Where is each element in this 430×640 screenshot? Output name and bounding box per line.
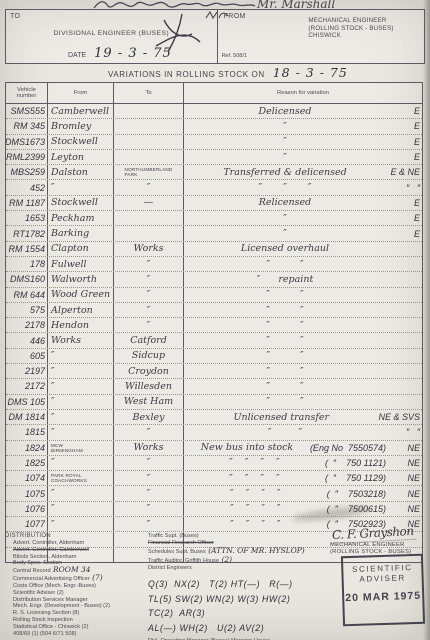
from-cell: ″: [48, 456, 114, 470]
reason-cell: New bus into stock(Eng No 7550574)NE: [184, 441, 422, 455]
to-value: ″: [147, 289, 151, 300]
to-value: Bexley: [133, 412, 165, 423]
to-cell: ″: [114, 318, 184, 332]
table-row: RM 644Wood Green″″ ″: [6, 288, 422, 303]
recipient-text: Financial Research Officer: [148, 540, 214, 546]
from-value: Peckham: [51, 213, 94, 224]
to-label: TO: [10, 13, 20, 20]
to-cell: Willesden: [114, 379, 184, 393]
from-value: Camberwell: [51, 106, 109, 117]
to-cell: ″: [114, 303, 184, 317]
to-value: ″: [147, 305, 151, 316]
table-row: 452″″″ ″ ″″ ″: [6, 180, 422, 195]
vehicle-number: RM 1187: [9, 198, 45, 208]
variation-mark: NE & SVS: [378, 412, 422, 422]
distribution-item: Costs Office (Mech. Engr.-Buses): [5, 583, 145, 590]
distribution-item: Statistical Office - Chiswick (2): [5, 624, 145, 631]
recipient-item: Traffic Supt. (Buses): [148, 533, 340, 540]
vehicle-cell: 2172: [6, 379, 48, 393]
reason-cell: ″ ″ ″ ″( ″ 750 1121)NE: [184, 456, 422, 470]
reason-cell: ″ ″ ″ ″( ″ 7503218)NE: [184, 486, 422, 500]
distribution-item: Advert. Controller, Aldenham: [5, 540, 145, 547]
reason-text: ″ ″ ″ ″: [184, 457, 325, 468]
distribution-item: R. S. Licensing Section (8): [5, 610, 145, 617]
from-value: ″: [51, 427, 55, 438]
variation-mark: ″ ″: [386, 427, 422, 437]
to-value: Croydon: [128, 366, 169, 377]
reason-text: ″ ″ ″ ″: [184, 519, 327, 530]
table-row: 2197″Croydon″ ″: [6, 364, 422, 379]
vehicle-number: DMS160: [10, 274, 45, 284]
vehicle-number: 1824: [25, 443, 45, 453]
recipient-item: Traffic Auditor, Griffith House (2): [148, 556, 340, 565]
to-value: ″: [147, 519, 151, 530]
table-row: RML2399Leyton″E: [6, 150, 422, 165]
engine-number: ( ″ 750 1121): [325, 458, 386, 468]
to-value: ″: [147, 427, 151, 438]
reason-text: New bus into stock: [184, 442, 310, 453]
distribution-list: Advert. Controller, AldenhamAdvert. Cont…: [5, 540, 145, 638]
from-value: Leyton: [51, 152, 84, 163]
vehicle-number: 1075: [25, 489, 45, 499]
recipient-text: Schedules Supt. Buses: [148, 549, 206, 555]
vehicle-cell: 575: [6, 303, 48, 317]
vehicle-number: 178: [30, 259, 45, 269]
engine-number: ( ″ 7500615): [327, 504, 386, 514]
table-body: SMS555CamberwellDelicensedERM 345Bromley…: [6, 104, 422, 562]
reason-text: Delicensed: [184, 106, 386, 117]
reason-cell: ″ ″: [184, 303, 422, 317]
form-title: VARIATIONS IN ROLLING STOCK ON18 - 3 - 7…: [108, 65, 348, 80]
allocation-line: TC(2) AR(3): [148, 606, 340, 621]
reason-text: ″ ″ ″ ″: [184, 473, 325, 484]
from-value: ″: [51, 488, 55, 499]
reason-cell: ″ ″: [184, 257, 422, 271]
from-cell: Leyton: [48, 150, 114, 164]
vehicle-number: 1825: [25, 458, 45, 468]
scanned-form-page: Mr. Marshall TO DIVISIONAL ENGINEER (BUS…: [0, 0, 430, 640]
handwritten-annotation: (7): [90, 573, 103, 582]
recipient-text: District Engineers: [148, 565, 192, 571]
reason-cell: DelicensedE: [184, 104, 422, 118]
table-row: 446WorksCatford″ ″: [6, 333, 422, 348]
from-value: Stockwell: [51, 197, 98, 208]
reason-text: ″ ″: [184, 335, 386, 346]
vehicle-number: 2172: [25, 381, 45, 391]
date-label: DATE: [68, 52, 86, 59]
reason-text: ″ ″ ″: [184, 182, 386, 193]
stamp-date: 20 MAR 1975: [344, 590, 422, 604]
from-value: ″: [51, 381, 55, 392]
to-cell: [114, 119, 184, 133]
from-value: ″: [51, 412, 55, 423]
to-value: DIVISIONAL ENGINEER (BUSES): [6, 30, 217, 37]
handwritten-annotation: ROOM 34: [51, 565, 91, 574]
reason-text: ″ ″: [184, 289, 386, 300]
variation-mark: NE: [386, 504, 422, 514]
distribution-item-text: 408/69 (1) (504 6/71 508): [13, 631, 76, 637]
to-value: ″: [147, 473, 151, 484]
to-value: ″: [147, 488, 151, 499]
from-cell: ″: [48, 502, 114, 516]
allocation-line: Q(3) NX(2) T(2) HT(—) R(—): [148, 577, 340, 592]
reason-cell: ″ repaint: [184, 272, 422, 286]
from-value: Alperton: [51, 305, 93, 316]
vehicle-cell: 178: [6, 257, 48, 271]
from-value: MCW BIRMINGHAM: [51, 443, 83, 453]
vehicle-number: RM 644: [13, 290, 45, 300]
table-row: 1815″″″ ″″ ″: [6, 425, 422, 440]
vehicle-cell: 1825: [6, 456, 48, 470]
variation-mark: NE: [386, 489, 422, 499]
vehicle-number: 1074: [25, 473, 45, 483]
handwritten-annotation: (ATTN. OF MR. HYSLOP): [206, 546, 305, 555]
reason-cell: ″ ″ ″″ ″: [184, 180, 422, 194]
table-row: 1074PARK ROYAL COACHWORKS″″ ″ ″ ″( ″ 750…: [6, 471, 422, 486]
to-cell: ″: [114, 471, 184, 485]
vehicle-cell: 446: [6, 333, 48, 347]
to-cell: ″: [114, 456, 184, 470]
distribution-item: Blinds Section, Aldenham: [5, 554, 145, 561]
vehicle-cell: 1076: [6, 502, 48, 516]
recipients-section: Traffic Supt. (Buses)Financial Research …: [148, 533, 340, 640]
vehicle-cell: DM 1814: [6, 410, 48, 424]
reason-text: ″: [184, 136, 386, 147]
variation-mark: NE: [386, 443, 422, 453]
vehicle-number: MBS259: [10, 167, 45, 177]
to-cell: [114, 150, 184, 164]
table-row: 2178Hendon″″ ″: [6, 318, 422, 333]
from-cell: ″: [48, 180, 114, 194]
to-cell: Works: [114, 242, 184, 256]
from-cell: Bromley: [48, 119, 114, 133]
distribution-item-text: Scientific Adviser (2): [13, 590, 64, 596]
reason-cell: ″ ″: [184, 379, 422, 393]
from-cell: ″: [48, 364, 114, 378]
vehicle-cell: RM 644: [6, 288, 48, 302]
vehicle-number: 452: [30, 183, 45, 193]
from-cell: ″: [48, 410, 114, 424]
reason-text: ″: [184, 228, 386, 239]
reason-cell: ″ ″: [184, 318, 422, 332]
vehicle-number: 1815: [25, 427, 45, 437]
to-cell: ″: [114, 502, 184, 516]
reason-cell: Transferred & delicensedE & NE: [184, 165, 422, 179]
header-box: TO DIVISIONAL ENGINEER (BUSES) DATE19 - …: [5, 9, 425, 64]
vehicle-cell: 452: [6, 180, 48, 194]
from-cell: ″: [48, 486, 114, 500]
vehicle-cell: 2178: [6, 318, 48, 332]
column-header-vehicle: Vehicle number: [6, 83, 48, 103]
variation-mark: E: [386, 198, 422, 208]
scientific-adviser-stamp: SCIENTIFIC ADVISER 20 MAR 1975: [341, 554, 425, 627]
to-cell: Works: [114, 441, 184, 455]
distribution-item-text: Advert. Controller, Camberwell: [13, 547, 89, 553]
distribution-item-text: Advert. Controller, Aldenham: [13, 540, 84, 546]
vehicle-cell: 605: [6, 349, 48, 363]
from-cell: Fulwell: [48, 257, 114, 271]
reason-text: Unlicensed transfer: [184, 412, 378, 423]
to-value: Willesden: [125, 381, 172, 392]
column-header-reason: Reason for variation: [184, 83, 422, 103]
vehicle-number: 575: [30, 305, 45, 315]
reason-cell: RelicensedE: [184, 196, 422, 210]
variation-mark: E: [386, 106, 422, 116]
reason-cell: ″ ″: [184, 333, 422, 347]
reason-text: ″ ″: [184, 366, 386, 377]
vehicle-cell: DMS160: [6, 272, 48, 286]
reason-text: ″: [184, 152, 386, 163]
table-row: 1653Peckham″E: [6, 211, 422, 226]
vehicle-number: RT1782: [13, 229, 45, 239]
distribution-item: Central Record ROOM 34: [5, 567, 145, 575]
variation-mark: NE: [386, 458, 422, 468]
table-row: RM 1187Stockwell—RelicensedE: [6, 196, 422, 211]
reason-cell: ″ ″: [184, 349, 422, 363]
from-cell: Dalston: [48, 165, 114, 179]
from-cell: Wood Green: [48, 288, 114, 302]
recipient-text: Traffic Auditor, Griffith House: [148, 558, 219, 564]
to-cell: [114, 226, 184, 240]
ref-number: Ref. 508/1: [222, 53, 247, 59]
reason-cell: ″E: [184, 150, 422, 164]
distribution-item-text: Central Record: [13, 568, 51, 574]
from-value: Fulwell: [51, 259, 87, 270]
table-header-row: Vehicle number From To Reason for variat…: [6, 83, 422, 104]
reason-cell: ″ ″″ ″: [184, 425, 422, 439]
distribution-item-text: Commercial Advertising Officer: [13, 576, 90, 582]
to-cell: ″: [114, 425, 184, 439]
from-cell: Stockwell: [48, 135, 114, 149]
vehicle-number: 446: [30, 336, 45, 346]
column-header-from: From: [48, 83, 114, 103]
vehicle-cell: 1824: [6, 441, 48, 455]
reason-cell: ″ ″: [184, 364, 422, 378]
to-value: West Ham: [124, 396, 173, 407]
form-title-date: 18 - 3 - 75: [273, 65, 348, 80]
vehicle-number: RM 1554: [8, 244, 45, 254]
distribution-item: Rolling Stock Inspection: [5, 617, 145, 624]
header-to-cell: TO DIVISIONAL ENGINEER (BUSES) DATE19 - …: [6, 10, 218, 63]
from-value: Dalston: [51, 167, 88, 178]
vehicle-number: RML2399: [6, 152, 45, 162]
vehicle-cell: 1074: [6, 471, 48, 485]
to-cell: [114, 104, 184, 118]
from-label: FROM: [224, 13, 246, 20]
variation-mark: E: [386, 213, 422, 223]
reason-text: Transferred & delicensed: [184, 167, 386, 178]
to-cell: Croydon: [114, 364, 184, 378]
table-row: 605″Sidcup″ ″: [6, 349, 422, 364]
from-cell: Barking: [48, 226, 114, 240]
to-cell: ″: [114, 517, 184, 531]
vehicle-cell: MBS259: [6, 165, 48, 179]
footer: DISTRIBUTION Advert. Controller, Aldenha…: [5, 533, 425, 640]
distribution-item-text: R. S. Licensing Section (8): [13, 610, 79, 616]
from-value: ″: [51, 182, 55, 193]
distribution-item-text: Statistical Office - Chiswick (2): [13, 624, 88, 630]
district-allocations: Q(3) NX(2) T(2) HT(—) R(—)TL(5) SW(2) WN…: [148, 577, 340, 635]
vehicle-cell: RM 1554: [6, 242, 48, 256]
table-row: 1825″″″ ″ ″ ″( ″ 750 1121)NE: [6, 456, 422, 471]
from-value: Hendon: [51, 320, 89, 331]
date-row: DATE19 - 3 - 75: [68, 46, 172, 61]
allocation-line: AL(—) WH(2) U(2) AV(2): [148, 621, 340, 636]
to-value: ″: [147, 259, 151, 270]
reason-text: ″ ″: [184, 320, 386, 331]
reason-cell: ″ ″: [184, 288, 422, 302]
from-value: ″: [51, 396, 55, 407]
signature-block: C. F. Grayshon MECHANICAL ENGINEER (ROLL…: [330, 524, 425, 556]
distribution-section: DISTRIBUTION Advert. Controller, Aldenha…: [5, 533, 145, 638]
table-row: 1824MCW BIRMINGHAMWorksNew bus into stoc…: [6, 441, 422, 456]
from-cell: Stockwell: [48, 196, 114, 210]
vehicle-number: DM 1814: [8, 412, 45, 422]
from-cell: Hendon: [48, 318, 114, 332]
from-cell: Camberwell: [48, 104, 114, 118]
from-cell: ″: [48, 425, 114, 439]
reason-text: ″: [184, 213, 386, 224]
vehicle-cell: RM 1187: [6, 196, 48, 210]
column-header-to: To: [114, 83, 184, 103]
table-row: 2172″Willesden″ ″: [6, 379, 422, 394]
vehicle-number: 1076: [25, 504, 45, 514]
to-cell: ″: [114, 180, 184, 194]
to-value: ″: [147, 503, 151, 514]
to-cell: NORTHUMBERLAND PARK: [114, 165, 184, 179]
vehicle-number: SMS555: [10, 106, 45, 116]
vehicle-number: 1077: [25, 519, 45, 529]
from-value: Wood Green: [51, 289, 110, 300]
vehicle-cell: RT1782: [6, 226, 48, 240]
to-cell: [114, 211, 184, 225]
vehicle-number: RM 345: [13, 121, 45, 131]
vehicle-number: 2178: [25, 320, 45, 330]
from-value: ″: [51, 366, 55, 377]
from-cell: ″: [48, 379, 114, 393]
engine-number: ( ″ 750 1129): [325, 473, 386, 483]
recipients-list: Traffic Supt. (Buses)Financial Research …: [148, 533, 340, 572]
distribution-item: Advert. Controller, Camberwell: [5, 547, 145, 554]
from-value: Walworth: [51, 274, 97, 285]
reason-text: ″ ″: [184, 259, 386, 270]
from-line: (ROLLING STOCK - BUSES): [308, 25, 393, 33]
form-title-text: VARIATIONS IN ROLLING STOCK ON: [108, 70, 265, 79]
to-cell: West Ham: [114, 395, 184, 409]
reason-cell: ″E: [184, 211, 422, 225]
table-row: 1075″″″ ″ ″ ″( ″ 7503218)NE: [6, 486, 422, 501]
from-cell: Peckham: [48, 211, 114, 225]
reason-text: ″ ″: [184, 350, 386, 361]
table-row: SMS555CamberwellDelicensedE: [6, 104, 422, 119]
reason-text: ″ ″: [184, 381, 386, 392]
vehicle-number: DMS 105: [7, 397, 45, 407]
to-cell: Sidcup: [114, 349, 184, 363]
from-value: ″: [51, 350, 55, 361]
variation-mark: NE: [386, 473, 422, 483]
variation-mark: E: [386, 229, 422, 239]
from-address: MECHANICAL ENGINEER (ROLLING STOCK - BUS…: [308, 17, 393, 40]
from-value: ″: [51, 503, 55, 514]
to-value: NORTHUMBERLAND PARK: [125, 167, 173, 177]
rolling-stock-table: Vehicle number From To Reason for variat…: [5, 82, 423, 563]
distribution-item-text: Distribution Services Manager: [13, 597, 88, 603]
to-cell: ″: [114, 288, 184, 302]
recipient-item: District Engineers: [148, 565, 340, 572]
distribution-item-text: Rolling Stock Inspection: [13, 617, 73, 623]
from-value: Bromley: [51, 121, 91, 132]
to-value: Sidcup: [132, 350, 165, 361]
table-row: RM 345Bromley″E: [6, 119, 422, 134]
from-value: Stockwell: [51, 136, 98, 147]
from-cell: ″: [48, 517, 114, 531]
vehicle-cell: 1077: [6, 517, 48, 531]
table-row: RM 1554ClaptonWorksLicensed overhaul: [6, 242, 422, 257]
vehicle-number: DMS1673: [6, 137, 45, 147]
to-cell: —: [114, 196, 184, 210]
table-row: 178Fulwell″″ ″: [6, 257, 422, 272]
variation-mark: E: [386, 121, 422, 131]
from-value: PARK ROYAL COACHWORKS: [51, 473, 87, 483]
reason-cell: ″ ″ ″ ″( ″ 750 1129)NE: [184, 471, 422, 485]
to-value: ″: [147, 457, 151, 468]
reason-text: ″: [184, 121, 386, 132]
vehicle-cell: SMS555: [6, 104, 48, 118]
from-cell: PARK ROYAL COACHWORKS: [48, 471, 114, 485]
distribution-heading: DISTRIBUTION: [5, 533, 145, 540]
reason-text: ″ ″: [184, 305, 386, 316]
from-line: MECHANICAL ENGINEER: [308, 17, 393, 25]
to-value: ″: [147, 274, 151, 285]
table-row: DMS1673Stockwell″E: [6, 135, 422, 150]
reason-text: ″ ″: [184, 396, 386, 407]
to-value: Catford: [130, 335, 167, 346]
vehicle-cell: 2197: [6, 364, 48, 378]
distribution-item: Scientific Adviser (2): [5, 590, 145, 597]
to-value: —: [144, 197, 154, 208]
to-cell: Bexley: [114, 410, 184, 424]
header-from-cell: FROM MECHANICAL ENGINEER (ROLLING STOCK …: [218, 10, 424, 63]
table-row: MBS259DalstonNORTHUMBERLAND PARKTransfer…: [6, 165, 422, 180]
distribution-item-text: Blinds Section, Aldenham: [13, 554, 76, 560]
table-row: DMS 105″West Ham″ ″: [6, 395, 422, 410]
reason-cell: ″ ″ ″ ″( ″ 7500615)NE: [184, 502, 422, 516]
vehicle-cell: DMS 105: [6, 395, 48, 409]
to-cell: ″: [114, 272, 184, 286]
reason-cell: ″E: [184, 226, 422, 240]
handwritten-annotation: (2): [219, 555, 232, 564]
distribution-item: Distribution Services Manager: [5, 597, 145, 604]
reason-cell: ″E: [184, 119, 422, 133]
vehicle-cell: DMS1673: [6, 135, 48, 149]
variation-mark: E: [386, 137, 422, 147]
to-cell: Catford: [114, 333, 184, 347]
reason-cell: Unlicensed transferNE & SVS: [184, 410, 422, 424]
reason-cell: ″E: [184, 135, 422, 149]
from-cell: Works: [48, 333, 114, 347]
from-cell: ″: [48, 395, 114, 409]
from-cell: Alperton: [48, 303, 114, 317]
vehicle-number: 2197: [25, 366, 45, 376]
from-value: ″: [51, 457, 55, 468]
vehicle-cell: 1075: [6, 486, 48, 500]
from-cell: Walworth: [48, 272, 114, 286]
variation-mark: E: [386, 152, 422, 162]
distribution-item: 408/69 (1) (504 6/71 508): [5, 631, 145, 638]
reason-text: Relicensed: [184, 197, 386, 208]
from-cell: MCW BIRMINGHAM: [48, 441, 114, 455]
to-cell: ″: [114, 486, 184, 500]
